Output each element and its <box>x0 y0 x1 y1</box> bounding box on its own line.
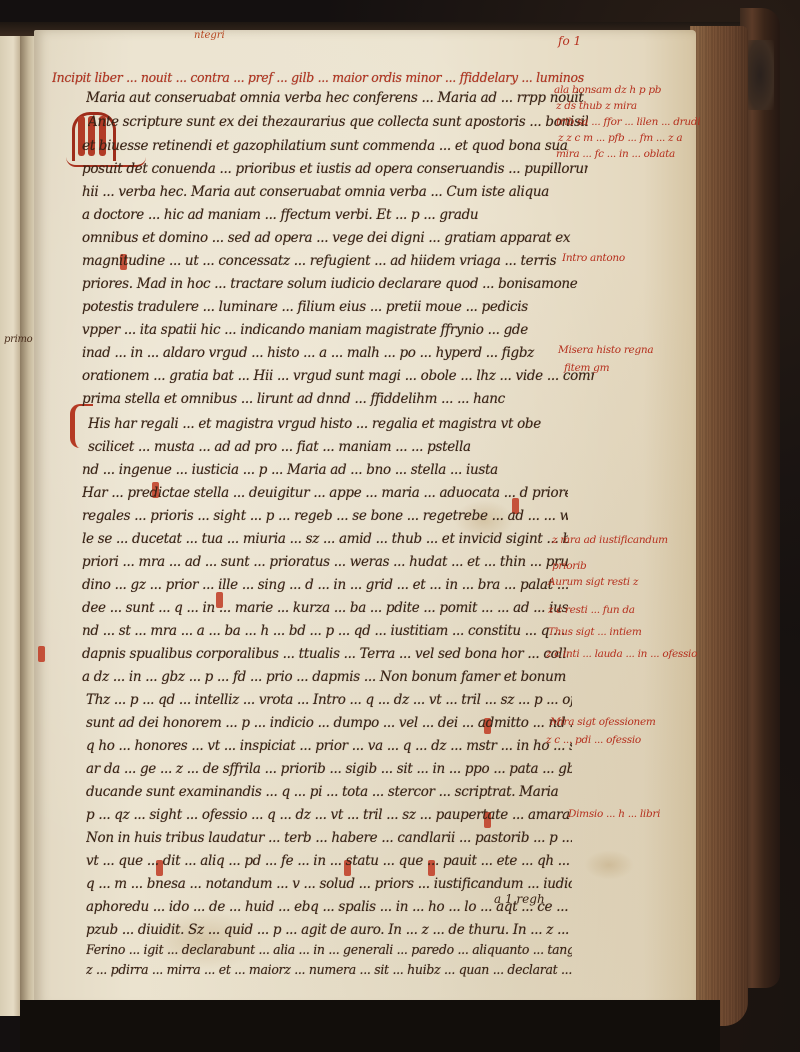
text-line: Har ... predictae stella ... deuigitur .… <box>82 485 568 502</box>
text-line: vpper ... ita spatii hic ... indicando m… <box>82 322 588 339</box>
text-line: vt ... que ... dit ... aliq ... pd ... f… <box>86 853 572 870</box>
text-line: nd ... ingenue ... iusticia ... p ... Ma… <box>82 462 568 479</box>
text-line: p ... qz ... sight ... ofessio ... q ...… <box>86 807 572 824</box>
margin-note: Intro antono <box>562 252 625 264</box>
margin-note: z mra ad iustificandum <box>552 534 668 546</box>
text-line: omnibus et domino ... sed ad opera ... v… <box>82 230 588 247</box>
text-line: Ferino ... igit ... declarabunt ... alia… <box>86 942 572 958</box>
text-line: et biuesse retinendi et gazophilatium su… <box>82 138 588 155</box>
catchword: a 1 regh <box>494 892 545 906</box>
verso-page-edge <box>0 36 22 1016</box>
text-line: His har regali ... et magistra vrgud his… <box>88 416 568 433</box>
margin-note: trib sa ... ffor ... lilen ... drudi <box>556 116 700 128</box>
page-block-fore-edge <box>690 26 748 1026</box>
bottom-shadow <box>20 1000 720 1052</box>
text-line: ducande sunt examinandis ... q ... pi ..… <box>86 784 572 801</box>
text-line: z ... pdirra ... mirra ... et ... maiorz… <box>86 962 572 978</box>
text-line: Ante scripture sunt ex dei thezaurarius … <box>88 114 588 131</box>
margin-note: z c inti ... lauda ... in ... ofessio <box>546 648 697 660</box>
top-note: ntegri <box>194 30 225 41</box>
margin-note: z z c m ... pfb ... fm ... z a <box>558 132 682 144</box>
margin-note: Aurum sigt resti z <box>548 576 638 588</box>
text-line: a doctore ... hic ad maniam ... ffectum … <box>82 207 588 224</box>
margin-note: Misera histo regna <box>558 344 653 356</box>
text-line: dapnis spualibus corporalibus ... ttuali… <box>82 646 568 663</box>
left-margin-note: primo <box>4 334 32 345</box>
text-line: Non in huis tribus laudatur ... terb ...… <box>86 830 572 847</box>
text-line: scilicet ... musta ... ad ad pro ... fia… <box>88 439 568 456</box>
text-line: le se ... ducetat ... tua ... miuria ...… <box>82 531 568 548</box>
margin-note: Mira sigt ofessionem <box>550 716 656 728</box>
red-initial <box>38 646 45 662</box>
text-line: posuit det conuenda ... prioribus et ius… <box>82 161 588 178</box>
incipit-rubric: Incipit liber ... nouit ... contra ... p… <box>52 70 612 86</box>
text-line: inad ... in ... aldaro vrgud ... histo .… <box>82 345 588 362</box>
text-line: dino ... gz ... prior ... ille ... sing … <box>82 577 568 594</box>
text-line: potestis tradulere ... luminare ... fili… <box>82 299 588 316</box>
cover-wear-patch <box>746 40 774 110</box>
text-line: ar da ... ge ... z ... de sffrila ... pr… <box>86 761 572 778</box>
text-line: sunt ad dei honorem ... p ... indicio ..… <box>86 715 572 732</box>
text-line: priori ... mra ... ad ... sunt ... prior… <box>82 554 568 571</box>
margin-note: z ds thub z mira <box>556 100 637 112</box>
folio-number: fo 1 <box>558 34 581 48</box>
margin-note: z c ... pdi ... ofessio <box>546 734 641 746</box>
margin-note: ala bonsam dz h p pb <box>554 84 661 96</box>
stain <box>584 850 634 880</box>
text-line: q ... m ... bnesa ... notandum ... v ...… <box>86 876 572 893</box>
text-line: a dz ... in ... gbz ... p ... fd ... pri… <box>82 669 568 686</box>
text-line: nd ... st ... mra ... a ... ba ... h ...… <box>82 623 568 640</box>
margin-note: fitem gm <box>564 362 609 374</box>
manuscript-page: ntegri fo 1 Incipit liber ... nouit ... … <box>34 30 696 1008</box>
text-line: dee ... sunt ... q ... in ... marie ... … <box>82 600 568 617</box>
margin-note: priorib <box>552 560 586 572</box>
text-line: priores. Mad in hoc ... tractare solum i… <box>82 276 602 293</box>
margin-note: z c resti ... fun da <box>548 604 635 616</box>
text-line: orationem ... gratia bat ... Hii ... vrg… <box>82 368 594 385</box>
text-line: q ho ... honores ... vt ... inspiciat ..… <box>86 738 572 755</box>
text-line: magnitudine ... ut ... concessatz ... re… <box>82 253 588 270</box>
margin-note: Thus sigt ... intiem <box>548 626 642 638</box>
text-line: Maria aut conseruabat omnia verba hec co… <box>86 90 586 107</box>
text-line: Thz ... p ... qd ... intelliz ... vrota … <box>86 692 572 709</box>
margin-note: mira ... fc ... in ... oblata <box>556 148 675 160</box>
text-line: regales ... prioris ... sight ... p ... … <box>82 508 568 525</box>
text-line: hii ... verba hec. Maria aut conseruabat… <box>82 184 588 201</box>
text-line: pzub ... diuidit. Sz ... quid ... p ... … <box>86 922 572 939</box>
margin-note: Dimsio ... h ... libri <box>568 808 660 820</box>
text-line: prima stella et omnibus ... lirunt ad dn… <box>82 391 594 408</box>
